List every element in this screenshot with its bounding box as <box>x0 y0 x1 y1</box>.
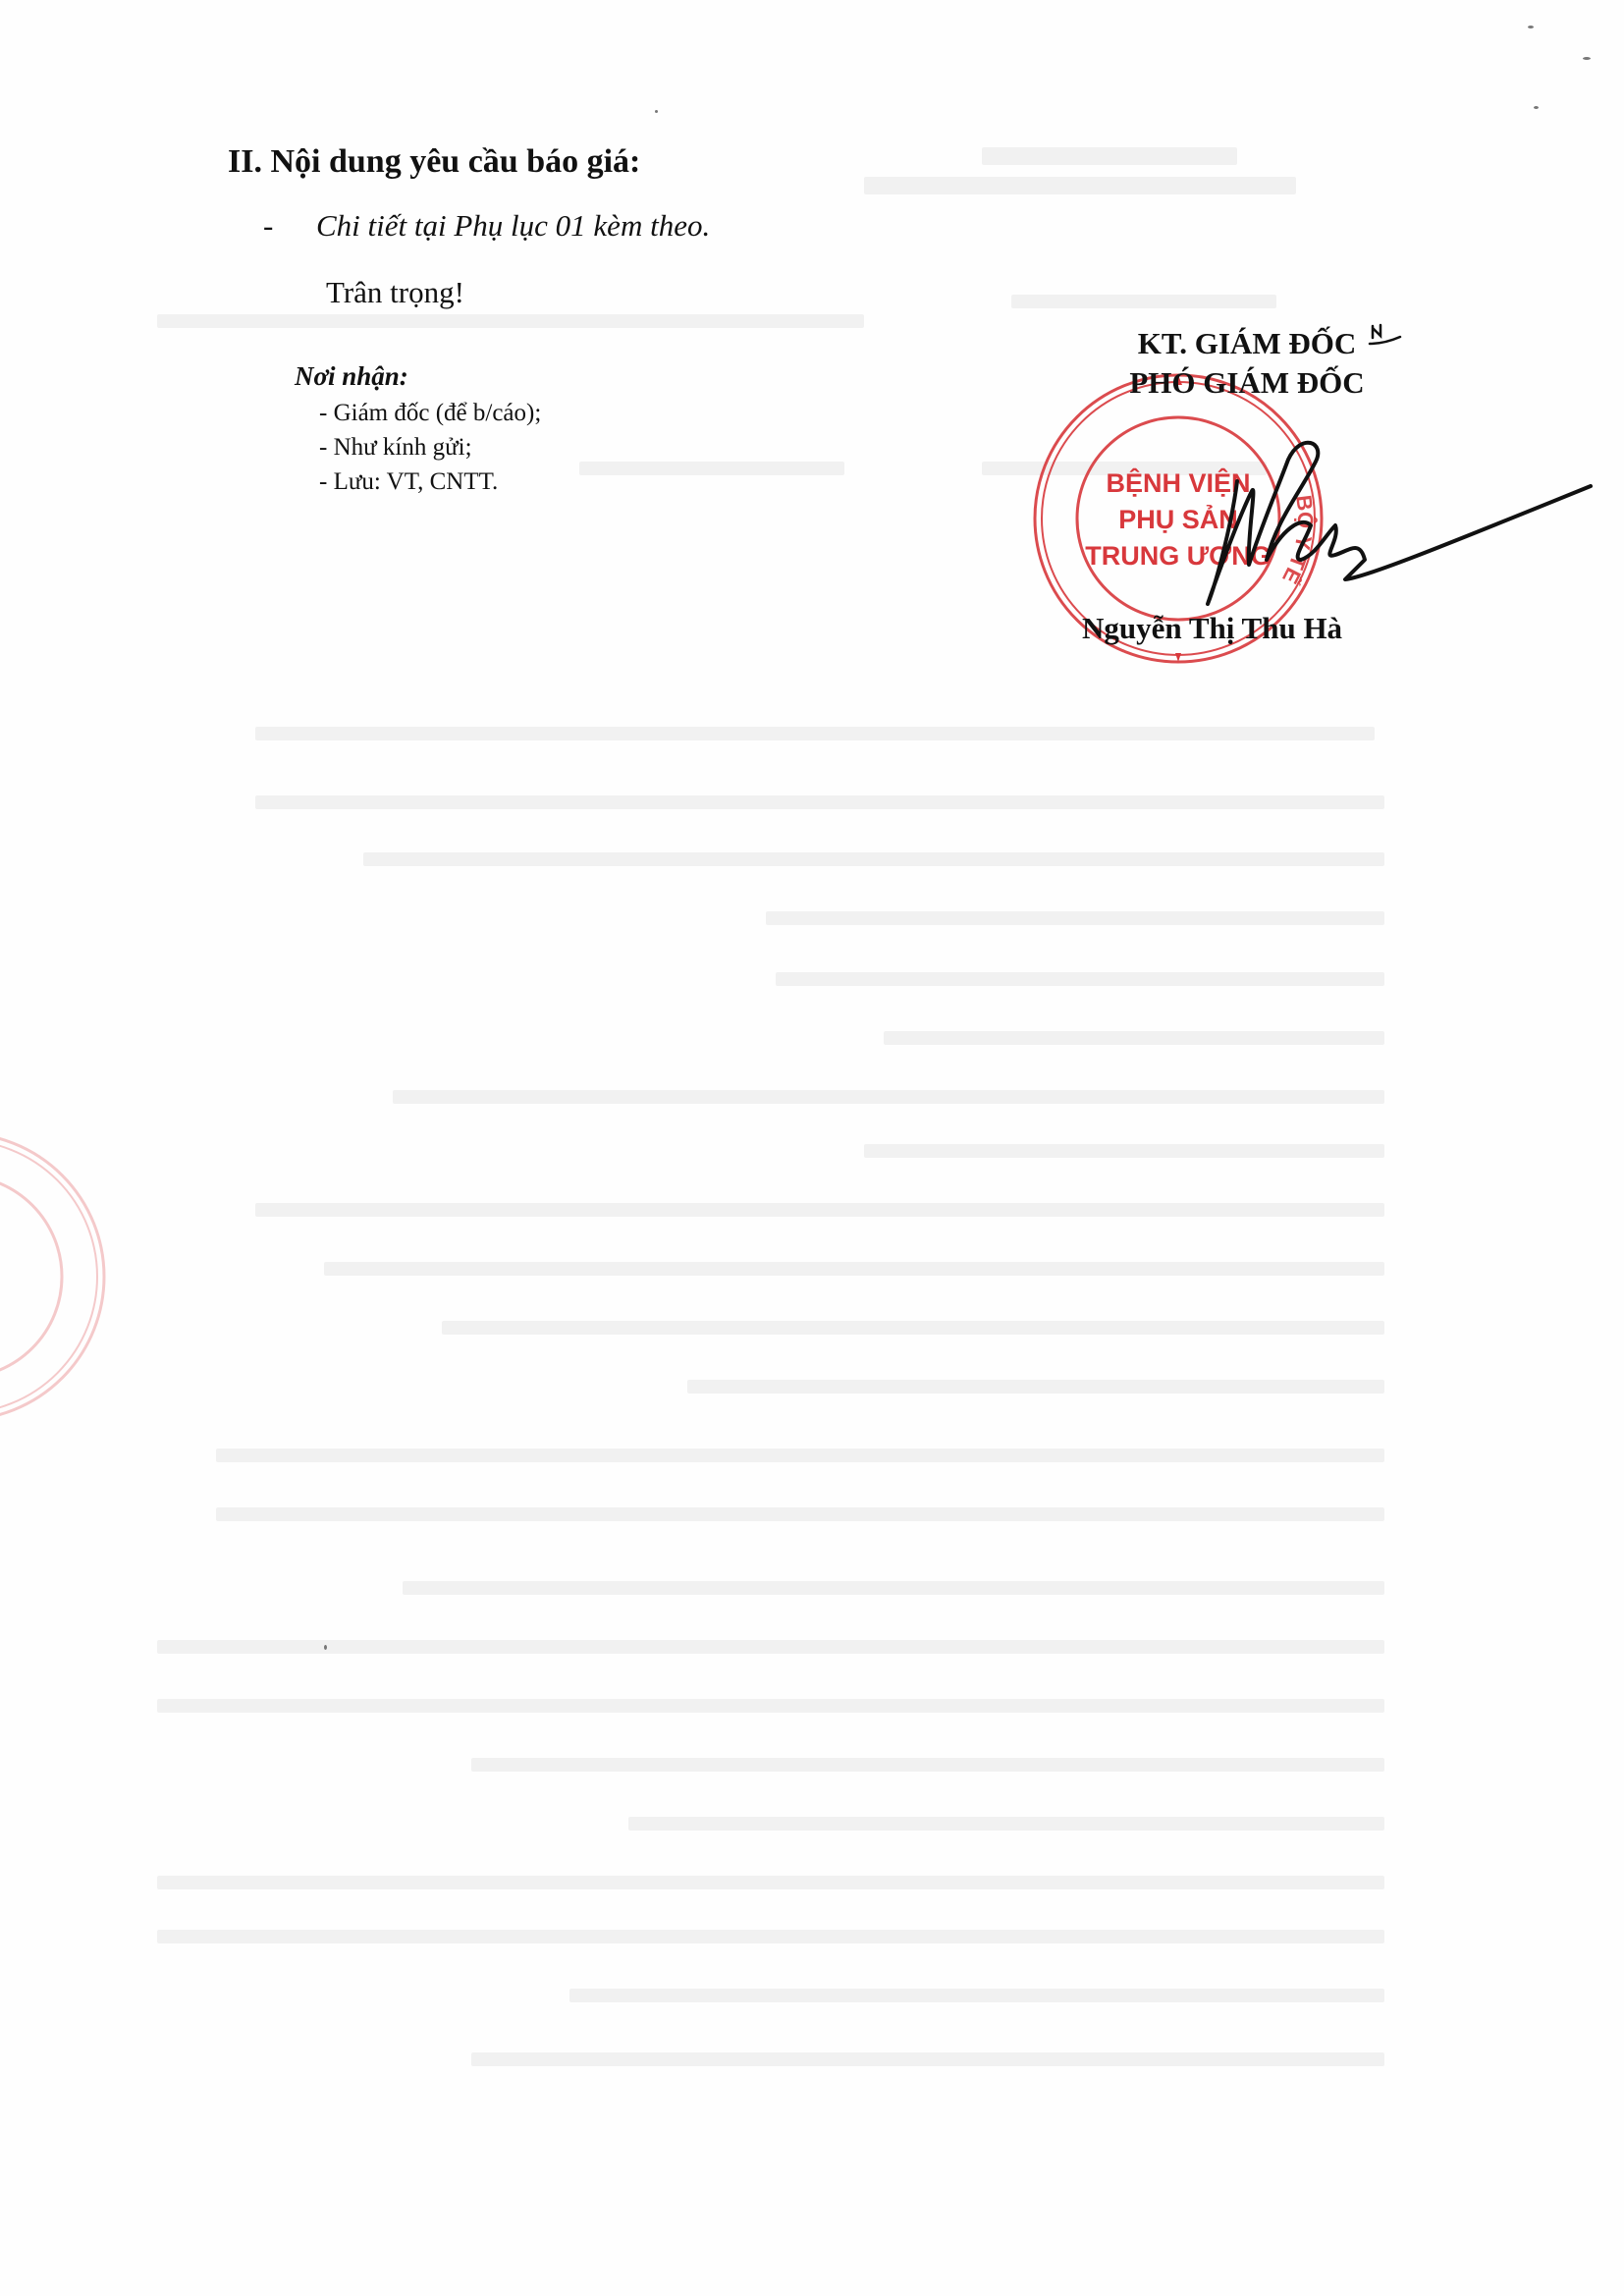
signer-name: Nguyễn Thị Thu Hà <box>1082 611 1342 646</box>
recipient-item: - Lưu: VT, CNTT. <box>319 465 541 499</box>
closing-text: Trân trọng! <box>326 275 464 310</box>
show-through-line <box>255 727 1375 740</box>
show-through-line <box>982 147 1237 165</box>
recipient-item: - Như kính gửi; <box>319 430 541 465</box>
document-page: II. Nội dung yêu cầu báo giá: - Chi tiết… <box>0 0 1624 2296</box>
show-through-line <box>864 1144 1384 1158</box>
bullet-text: Chi tiết tại Phụ lục 01 kèm theo. <box>316 208 710 244</box>
bullet-marker: - <box>263 208 273 244</box>
show-through-line <box>157 314 864 328</box>
show-through-line <box>255 795 1384 809</box>
show-through-line <box>471 2052 1384 2066</box>
show-through-line <box>393 1090 1384 1104</box>
show-through-line <box>363 852 1384 866</box>
show-through-line <box>157 1640 1384 1654</box>
show-through-line <box>471 1758 1384 1772</box>
show-through-line <box>216 1507 1384 1521</box>
show-through-line <box>766 911 1384 925</box>
show-through-line <box>569 1989 1384 2002</box>
show-through-line <box>776 972 1384 986</box>
show-through-line <box>579 462 844 475</box>
show-through-line <box>403 1581 1384 1595</box>
show-through-line <box>442 1321 1384 1335</box>
show-through-line <box>628 1817 1384 1831</box>
show-through-line <box>157 1930 1384 1943</box>
show-through-line <box>884 1031 1384 1045</box>
show-through-line <box>157 1699 1384 1713</box>
signature-title-line2: PHÓ GIÁM ĐỐC <box>1060 363 1434 403</box>
show-through-line <box>216 1449 1384 1462</box>
handwritten-signature-icon <box>1178 432 1600 629</box>
show-through-line <box>324 1262 1384 1276</box>
section-heading: II. Nội dung yêu cầu báo giá: <box>228 143 640 181</box>
bleed-stamp <box>0 1129 108 1424</box>
show-through-line <box>1011 295 1276 308</box>
recipients-list: - Giám đốc (để b/cáo); - Như kính gửi; -… <box>319 396 541 499</box>
show-through-line <box>255 1203 1384 1217</box>
recipients-title: Nơi nhận: <box>295 361 408 392</box>
show-through-line <box>157 1876 1384 1889</box>
initial-mark-icon <box>1367 322 1406 352</box>
recipient-item: - Giám đốc (để b/cáo); <box>319 396 541 430</box>
show-through-line <box>687 1380 1384 1394</box>
show-through-line <box>864 177 1296 194</box>
